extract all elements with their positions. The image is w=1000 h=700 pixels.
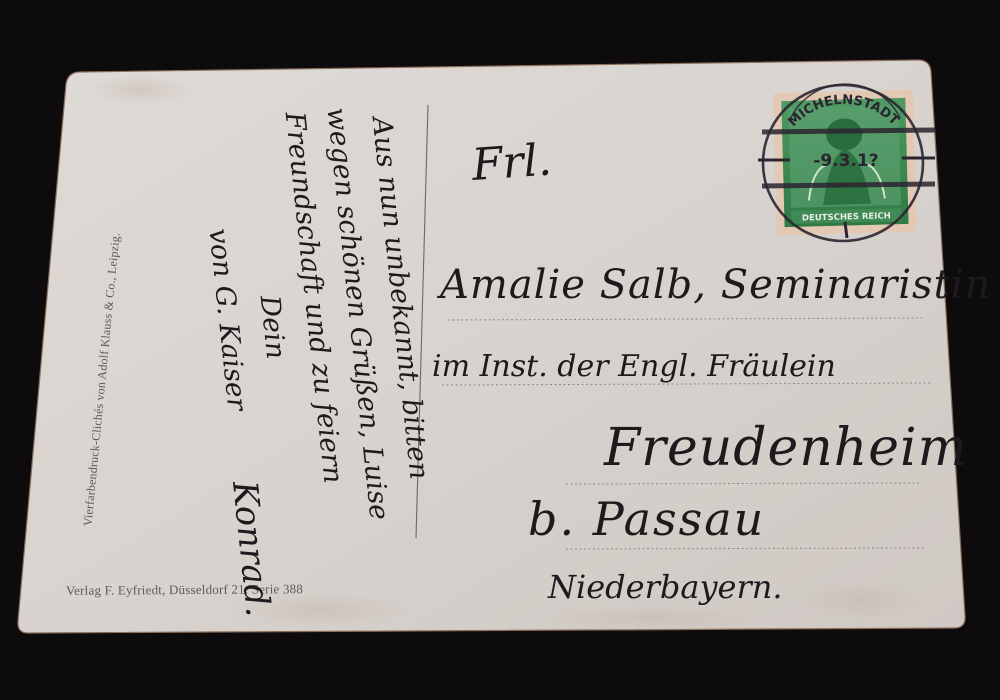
salutation: Frl. [470, 135, 553, 191]
address-line-institution: im Inst. der Engl. Fräulein [432, 349, 836, 384]
message-line: Dein [254, 294, 291, 361]
postmark-date-text: -9.3.1? [813, 151, 878, 171]
address-line-region: Niederbayern. [548, 568, 783, 606]
address-line-town: Freudenheim [604, 418, 968, 478]
address-line-name: Amalie Salb, Seminaristin [440, 262, 991, 308]
address-line-near: b. Passau [528, 492, 765, 546]
